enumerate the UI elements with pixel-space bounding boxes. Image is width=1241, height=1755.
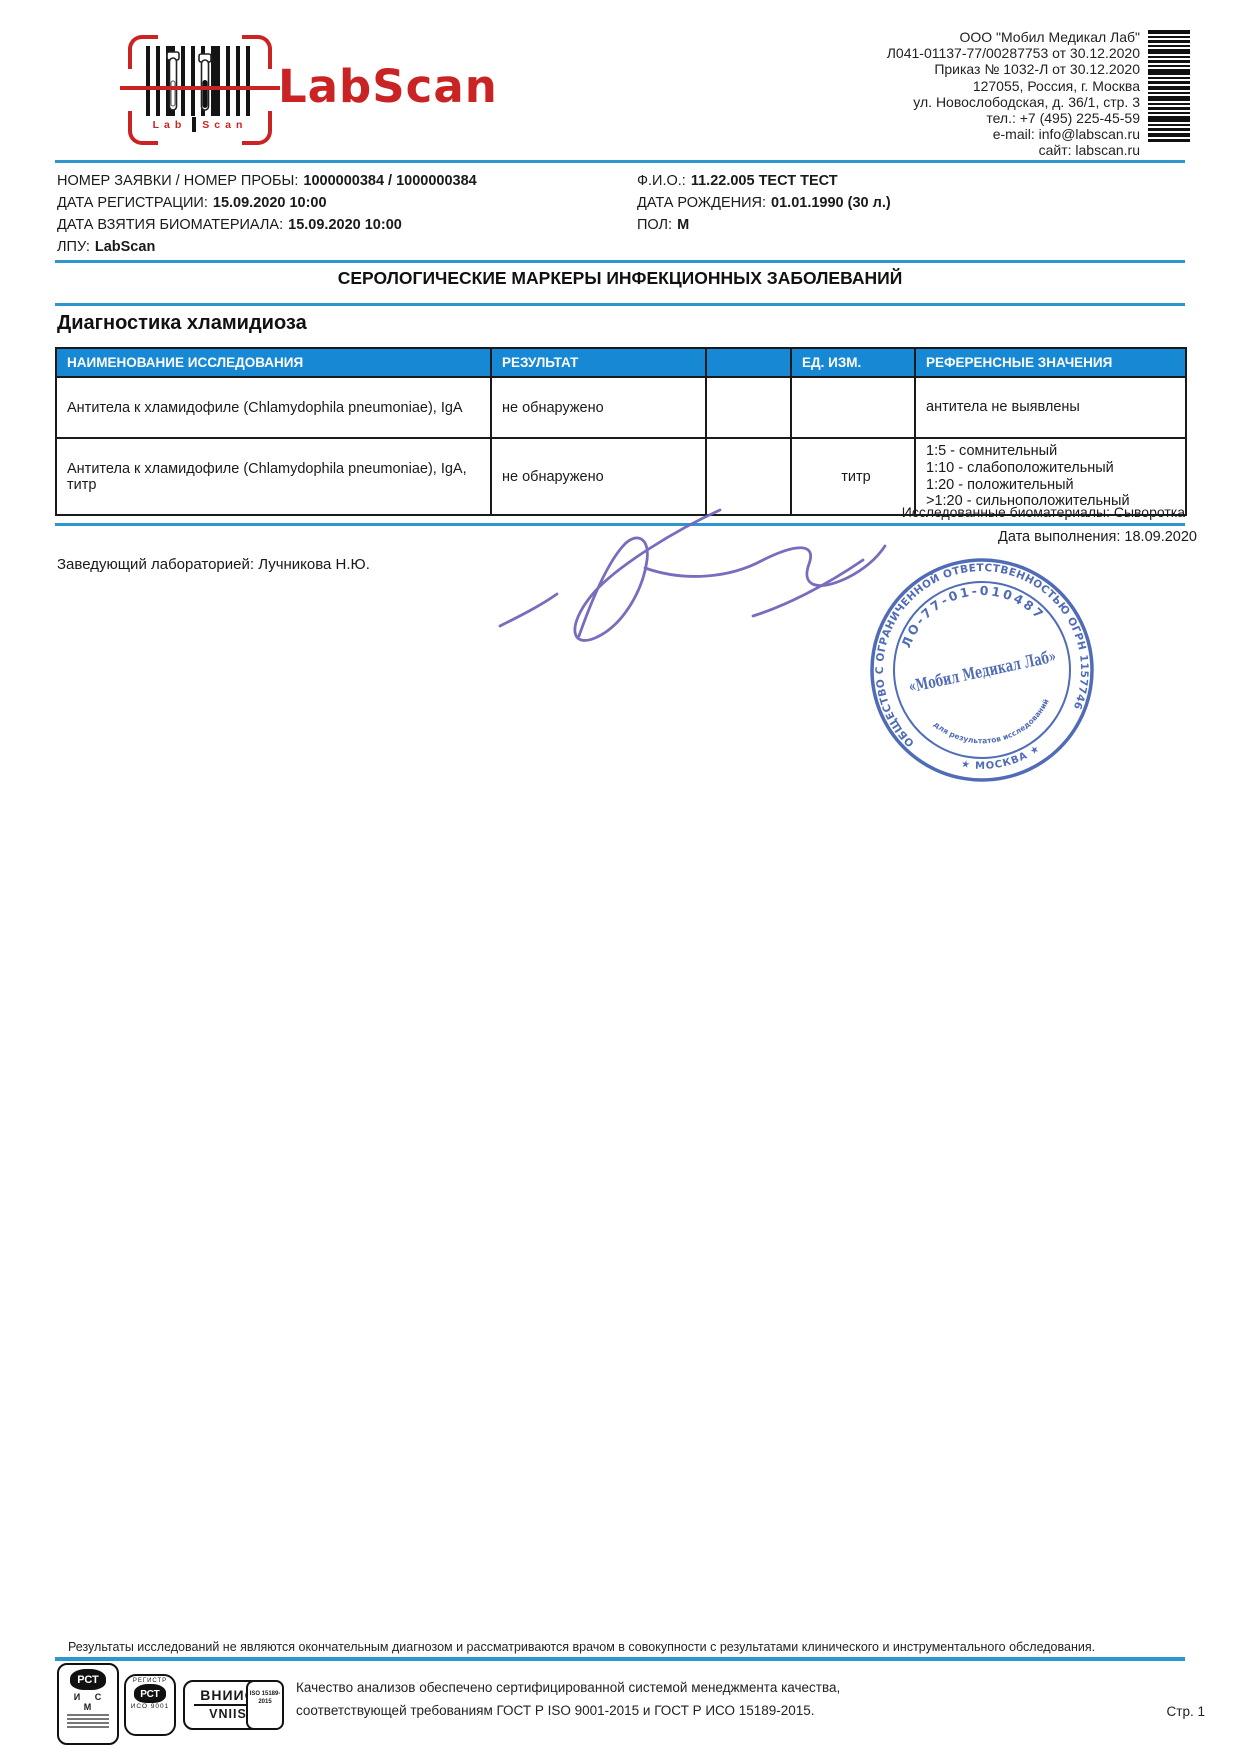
rst-mark-icon: РСТ — [70, 1669, 105, 1690]
column-header-flag — [706, 348, 791, 377]
disclaimer-text: Результаты исследований не являются окон… — [68, 1640, 1188, 1654]
logo-caption-right: Scan — [202, 119, 247, 131]
cert-badge-label: ISO 15189-2015 — [248, 1690, 282, 1706]
logo-caption-left: Lab — [153, 119, 187, 131]
results-table: НАИМЕНОВАНИЕ ИССЛЕДОВАНИЯ РЕЗУЛЬТАТ ЕД. … — [55, 347, 1187, 516]
cert-badge-rst-ism: РСТ И С М — [57, 1663, 119, 1745]
company-line: ООО "Мобил Медикал Лаб" — [887, 29, 1140, 45]
page-number: Стр. 1 — [1167, 1704, 1205, 1719]
svg-text:★ МОСКВА ★: ★ МОСКВА ★ — [958, 742, 1044, 778]
field-label: Ф.И.О.: — [637, 173, 686, 189]
brand-name: LabScan — [278, 60, 498, 113]
field-value: 01.01.1990 (30 л.) — [771, 195, 891, 211]
cell-flag — [706, 377, 791, 438]
divider-rule — [55, 160, 1185, 163]
company-line: Л041-01137-77/00287753 от 30.12.2020 — [887, 45, 1140, 61]
patient-info-right: Ф.И.О.:11.22.005 ТЕСТ ТЕСТ ДАТА РОЖДЕНИЯ… — [637, 170, 891, 236]
rst-mark-icon: РСТ — [134, 1684, 166, 1703]
field-value: М — [677, 217, 689, 233]
column-header-name: НАИМЕНОВАНИЕ ИССЛЕДОВАНИЯ — [56, 348, 491, 377]
field-value: 1000000384 / 1000000384 — [303, 173, 476, 189]
quality-line: соответствующей требованиям ГОСТ Р ISO 9… — [296, 1699, 840, 1722]
company-line: сайт: labscan.ru — [887, 142, 1140, 158]
field-label: ДАТА РОЖДЕНИЯ: — [637, 195, 766, 211]
cert-badge-rst-iso9001: РЕГИСТР РСТ ИСО 9001 — [124, 1674, 176, 1736]
company-info: ООО "Мобил Медикал Лаб" Л041-01137-77/00… — [887, 29, 1140, 159]
divider-rule — [55, 260, 1185, 263]
column-header-reference: РЕФЕРЕНСНЫЕ ЗНАЧЕНИЯ — [915, 348, 1186, 377]
field-value: 15.09.2020 10:00 — [213, 195, 327, 211]
quality-line: Качество анализов обеспечено сертифициро… — [296, 1676, 840, 1699]
lab-head-line: Заведующий лабораторией: Лучникова Н.Ю. — [57, 556, 370, 573]
cell-test-name: Антитела к хламидофиле (Chlamydophila pn… — [56, 377, 491, 438]
company-line: 127055, Россия, г. Москва — [887, 78, 1140, 94]
cell-result: не обнаружено — [491, 377, 706, 438]
field-label: ДАТА РЕГИСТРАЦИИ: — [57, 195, 208, 211]
field-label: ПОЛ: — [637, 217, 672, 233]
stamp-center-text: «Мобил Медикал Лаб» — [907, 647, 1058, 697]
quality-statement: Качество анализов обеспечено сертифициро… — [296, 1676, 840, 1722]
company-line: Приказ № 1032-Л от 30.12.2020 — [887, 61, 1140, 77]
cell-unit — [791, 377, 915, 438]
field-value: 11.22.005 ТЕСТ ТЕСТ — [691, 173, 838, 189]
stamp-city-text: ★ МОСКВА ★ — [958, 742, 1044, 778]
field-label: ЛПУ: — [57, 239, 90, 255]
table-row: Антитела к хламидофиле (Chlamydophila pn… — [56, 377, 1186, 438]
company-line: e-mail: info@labscan.ru — [887, 126, 1140, 142]
column-header-result: РЕЗУЛЬТАТ — [491, 348, 706, 377]
report-title: СЕРОЛОГИЧЕСКИЕ МАРКЕРЫ ИНФЕКЦИОННЫХ ЗАБО… — [55, 268, 1185, 289]
test-tube-icon — [164, 51, 182, 113]
table-header-row: НАИМЕНОВАНИЕ ИССЛЕДОВАНИЯ РЕЗУЛЬТАТ ЕД. … — [56, 348, 1186, 377]
vertical-barcode — [1148, 30, 1190, 143]
cert-badge-label: ИСО 9001 — [126, 1703, 174, 1710]
divider-rule — [55, 303, 1185, 306]
lab-report-page: Lab Scan LabScan ООО "Мобил Медикал Лаб"… — [0, 0, 1241, 1755]
cert-badge-iso15189: ISO 15189-2015 — [246, 1680, 284, 1730]
column-header-unit: ЕД. ИЗМ. — [791, 348, 915, 377]
company-line: ул. Новослободская, д. 36/1, стр. 3 — [887, 94, 1140, 110]
logo-strike-line — [120, 86, 280, 90]
cert-badge-label: И С М — [64, 1692, 117, 1712]
logo-caption: Lab Scan — [142, 117, 258, 132]
field-label: ДАТА ВЗЯТИЯ БИОМАТЕРИАЛА: — [57, 217, 283, 233]
cell-reference: антитела не выявлены — [915, 377, 1186, 438]
field-value: LabScan — [95, 239, 155, 255]
section-title: Диагностика хламидиоза — [57, 312, 307, 335]
test-tube-filled-icon — [196, 53, 214, 113]
company-stamp: ОБЩЕСТВО С ОГРАНИЧЕННОЙ ОТВЕТСТВЕННОСТЬЮ… — [868, 556, 1096, 784]
cert-badge-microtext — [59, 1714, 117, 1728]
patient-info-left: НОМЕР ЗАЯВКИ / НОМЕР ПРОБЫ:1000000384 / … — [57, 170, 477, 258]
company-line: тел.: +7 (495) 225-45-59 — [887, 110, 1140, 126]
divider-rule — [55, 1657, 1185, 1661]
signature-icon — [495, 498, 905, 663]
field-label: НОМЕР ЗАЯВКИ / НОМЕР ПРОБЫ: — [57, 173, 298, 189]
field-value: 15.09.2020 10:00 — [288, 217, 402, 233]
labscan-logo: Lab Scan — [128, 35, 272, 145]
logo-caption-divider — [192, 117, 196, 132]
